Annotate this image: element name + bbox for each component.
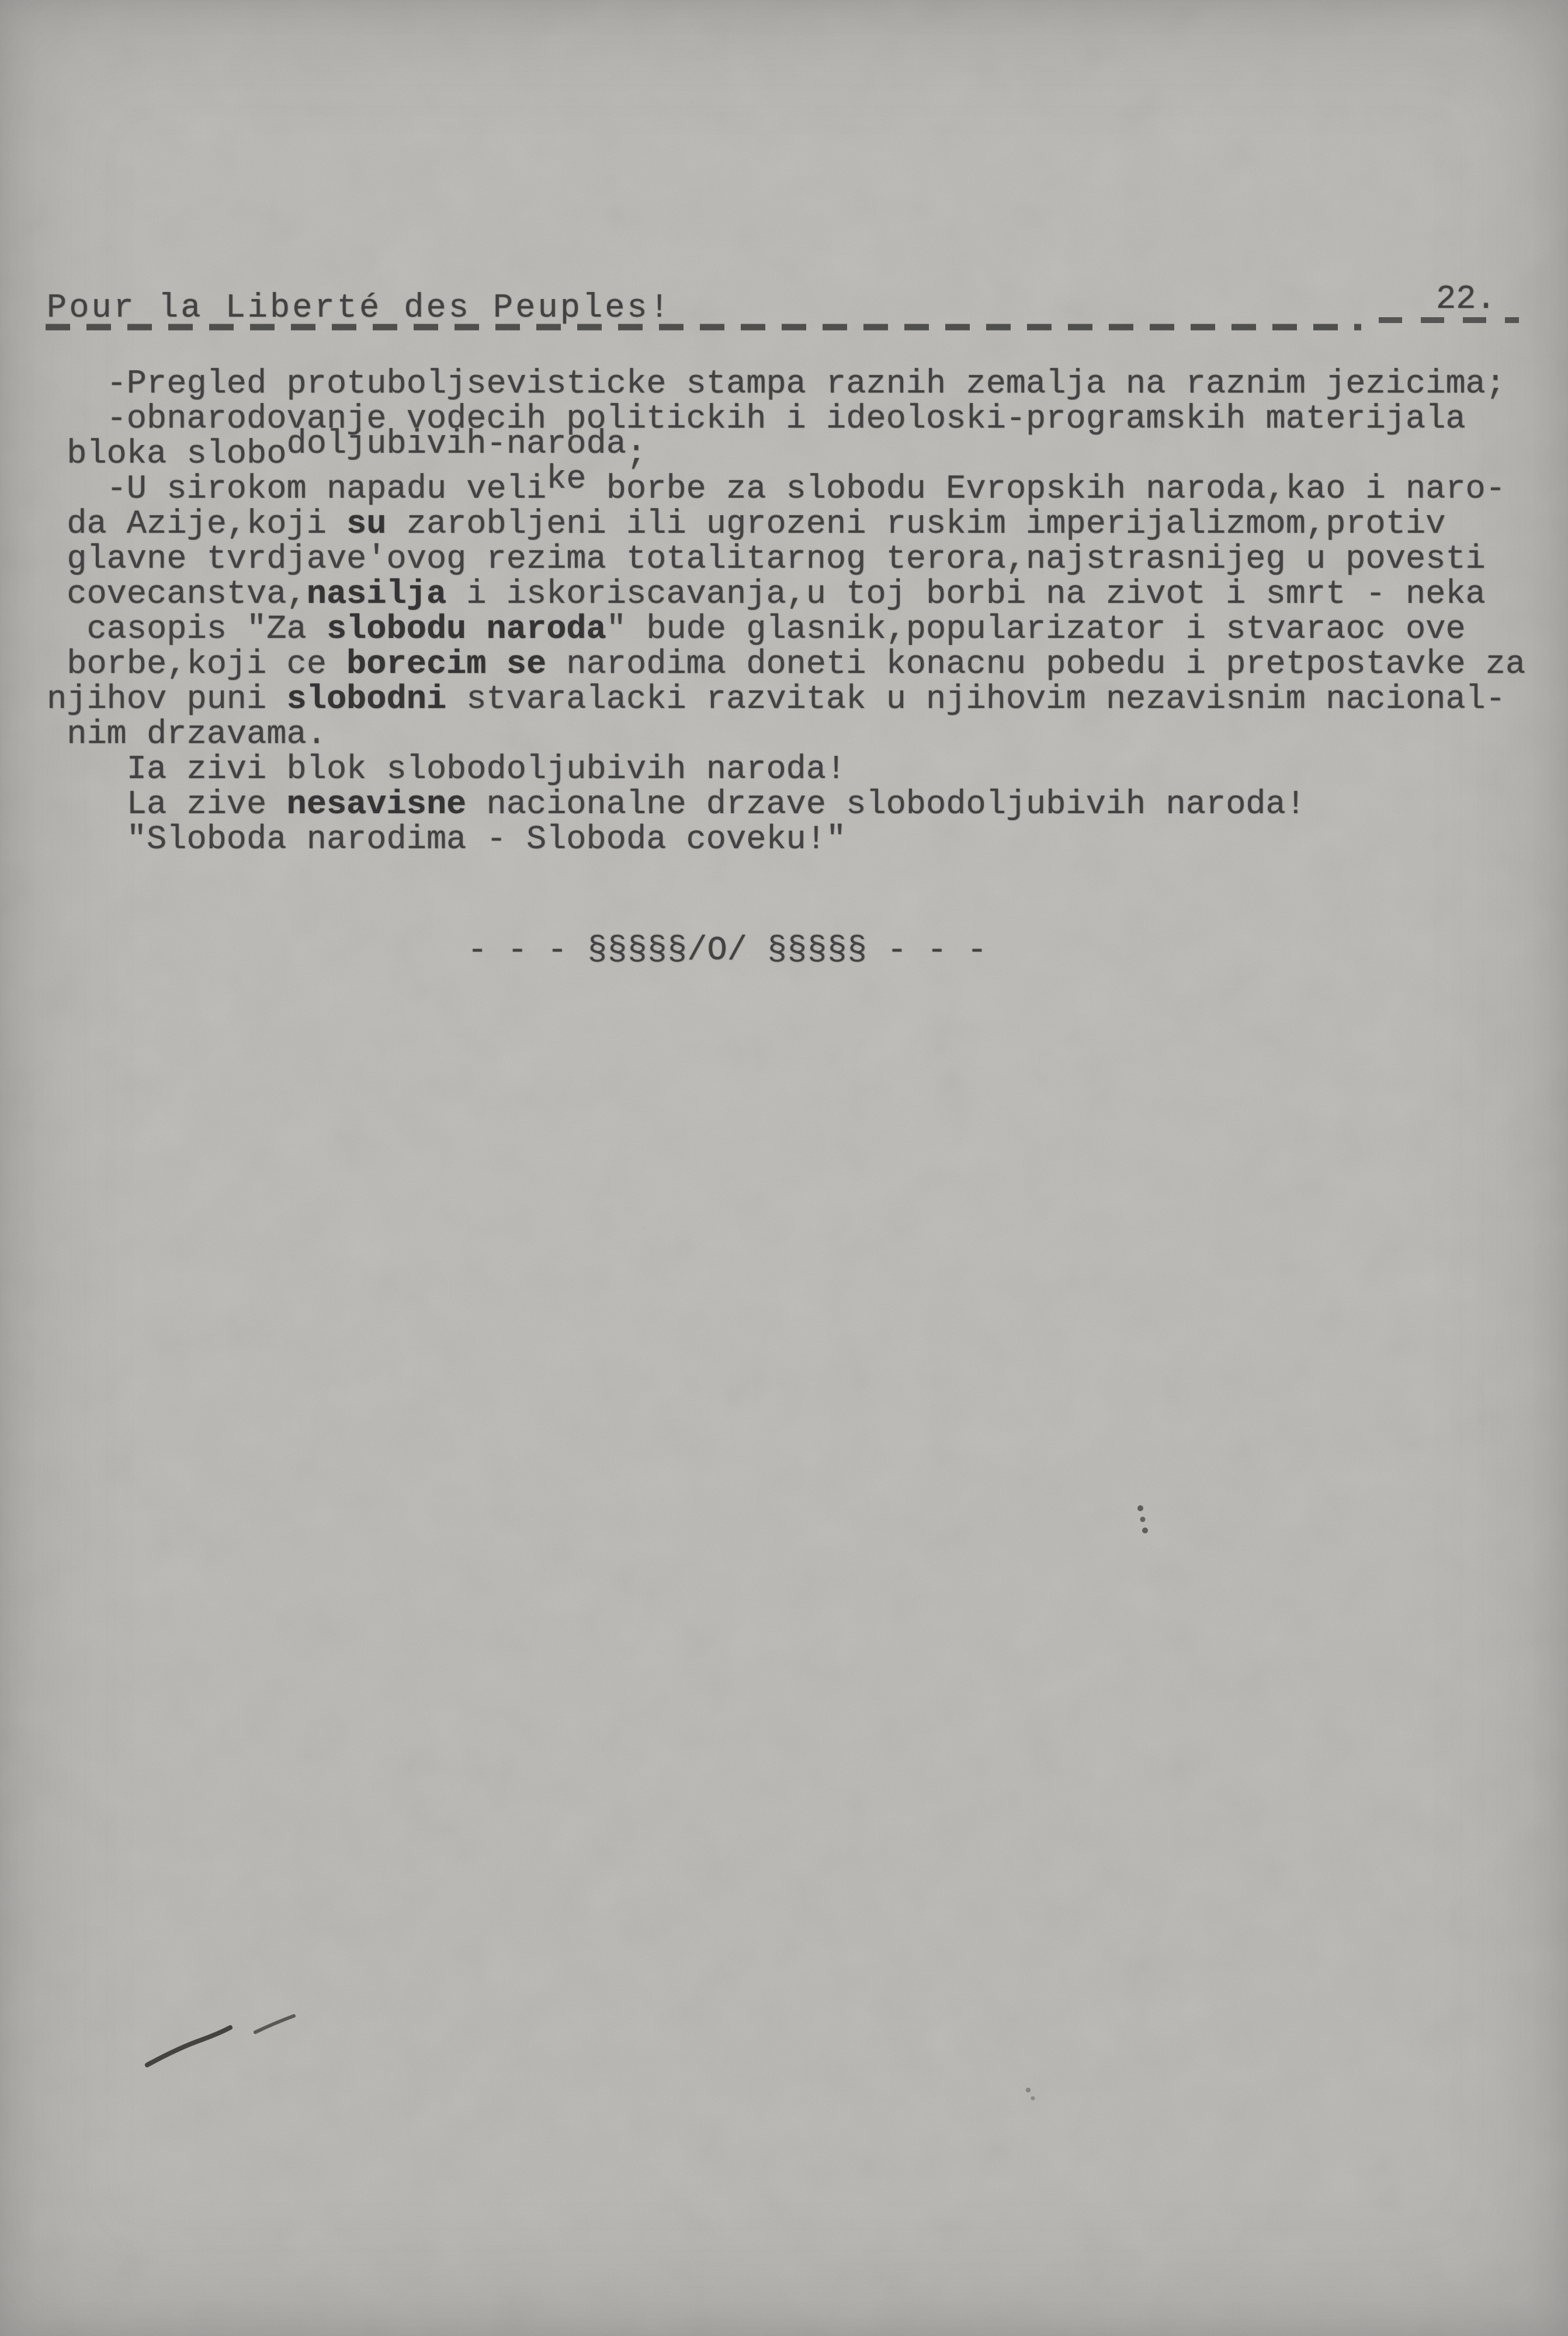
text-line: La zive nesavisne nacionalne drzave slob… [47, 787, 1568, 822]
text-segment: narodima doneti konacnu pobedu i pretpos… [546, 646, 1525, 683]
text-segment: borecim se [346, 646, 546, 683]
text-segment: "Sloboda narodima - Sloboda coveku!" [47, 821, 846, 859]
ink-specks [1026, 1505, 1148, 2101]
text-segment: nim drzavama. [47, 716, 327, 754]
text-segment: " bude glasnik,popularizator i stvaraoc … [606, 611, 1466, 648]
page-title: Pour la Liberté des Peuples! [47, 291, 672, 326]
text-line: glavne tvrdjave'ovog rezima totalitarnog… [47, 542, 1568, 577]
text-segment: -Pregled protuboljsevisticke stampa razn… [47, 366, 1505, 403]
text-segment: borbe za slobodu Evropskih naroda,kao i … [587, 471, 1505, 508]
dashed-underline [0, 0, 1568, 2336]
text-segment: ke [546, 461, 586, 498]
scanned-document-page: Pour la Liberté des Peuples! 22. -Pregle… [0, 0, 1568, 2336]
pencil-mark [0, 0, 1568, 2336]
text-segment: -U sirokom napadu veli [47, 471, 546, 508]
text-line: Ia zivi blok slobodoljubivih naroda! [47, 752, 1568, 787]
text-segment: nesavisne [286, 786, 466, 824]
text-segment: zarobljeni ili ugrozeni ruskim imperijal… [387, 506, 1446, 543]
text-line: casopis "Za slobodu naroda" bude glasnik… [47, 612, 1568, 647]
text-line: nim drzavama. [47, 717, 1568, 752]
paper-grain-texture [0, 0, 1568, 2336]
body-lines: -Pregled protuboljsevisticke stampa razn… [47, 367, 1568, 858]
text-line: njihov puni slobodni stvaralacki razvita… [47, 682, 1568, 717]
section-divider: - - - §§§§§/O/ §§§§§ - - - [467, 933, 987, 969]
text-segment: slobodu naroda [327, 611, 606, 648]
text-segment: bloka slobo [47, 436, 286, 473]
text-line: -Pregled protuboljsevisticke stampa razn… [47, 367, 1568, 402]
text-segment: stvaralacki razvitak u njihovim nezavisn… [446, 681, 1505, 718]
text-segment: i iskoriscavanja,u toj borbi na zivot i … [446, 576, 1486, 613]
text-line: "Sloboda narodima - Sloboda coveku!" [47, 822, 1568, 858]
text-segment: nasilja [307, 576, 446, 613]
text-segment: doljubivih-naroda [286, 426, 626, 463]
text-line: covecanstva,nasilja i iskoriscavanja,u t… [47, 577, 1568, 612]
text-segment: -obnarodovanje vodecih politickih i ideo… [47, 401, 1466, 438]
page-vignette [0, 0, 1568, 2336]
text-segment: nacionalne drzave slobodoljubivih naroda… [466, 786, 1306, 824]
text-segment: borbe,koji ce [47, 646, 346, 683]
text-segment: slobodni [286, 681, 446, 718]
text-segment: casopis "Za [47, 611, 327, 648]
text-line: -U sirokom napadu velike borbe za slobod… [47, 472, 1568, 507]
text-segment: La zive [47, 786, 286, 824]
text-segment: ; [626, 436, 646, 473]
text-line: -obnarodovanje vodecih politickih i ideo… [47, 402, 1568, 437]
page-number: 22. [1436, 282, 1496, 317]
text-segment: su [346, 506, 386, 543]
text-line: bloka slobodoljubivih-naroda; [47, 437, 1568, 472]
text-segment: njihov puni [47, 681, 286, 718]
text-segment: glavne tvrdjave'ovog rezima totalitarnog… [47, 541, 1486, 578]
text-segment: covecanstva, [47, 576, 307, 613]
text-segment: Ia zivi blok slobodoljubivih naroda! [47, 751, 846, 789]
text-segment: da Azije,koji [47, 506, 346, 543]
text-line: borbe,koji ce borecim se narodima doneti… [47, 647, 1568, 682]
text-line: da Azije,koji su zarobljeni ili ugrozeni… [47, 507, 1568, 542]
